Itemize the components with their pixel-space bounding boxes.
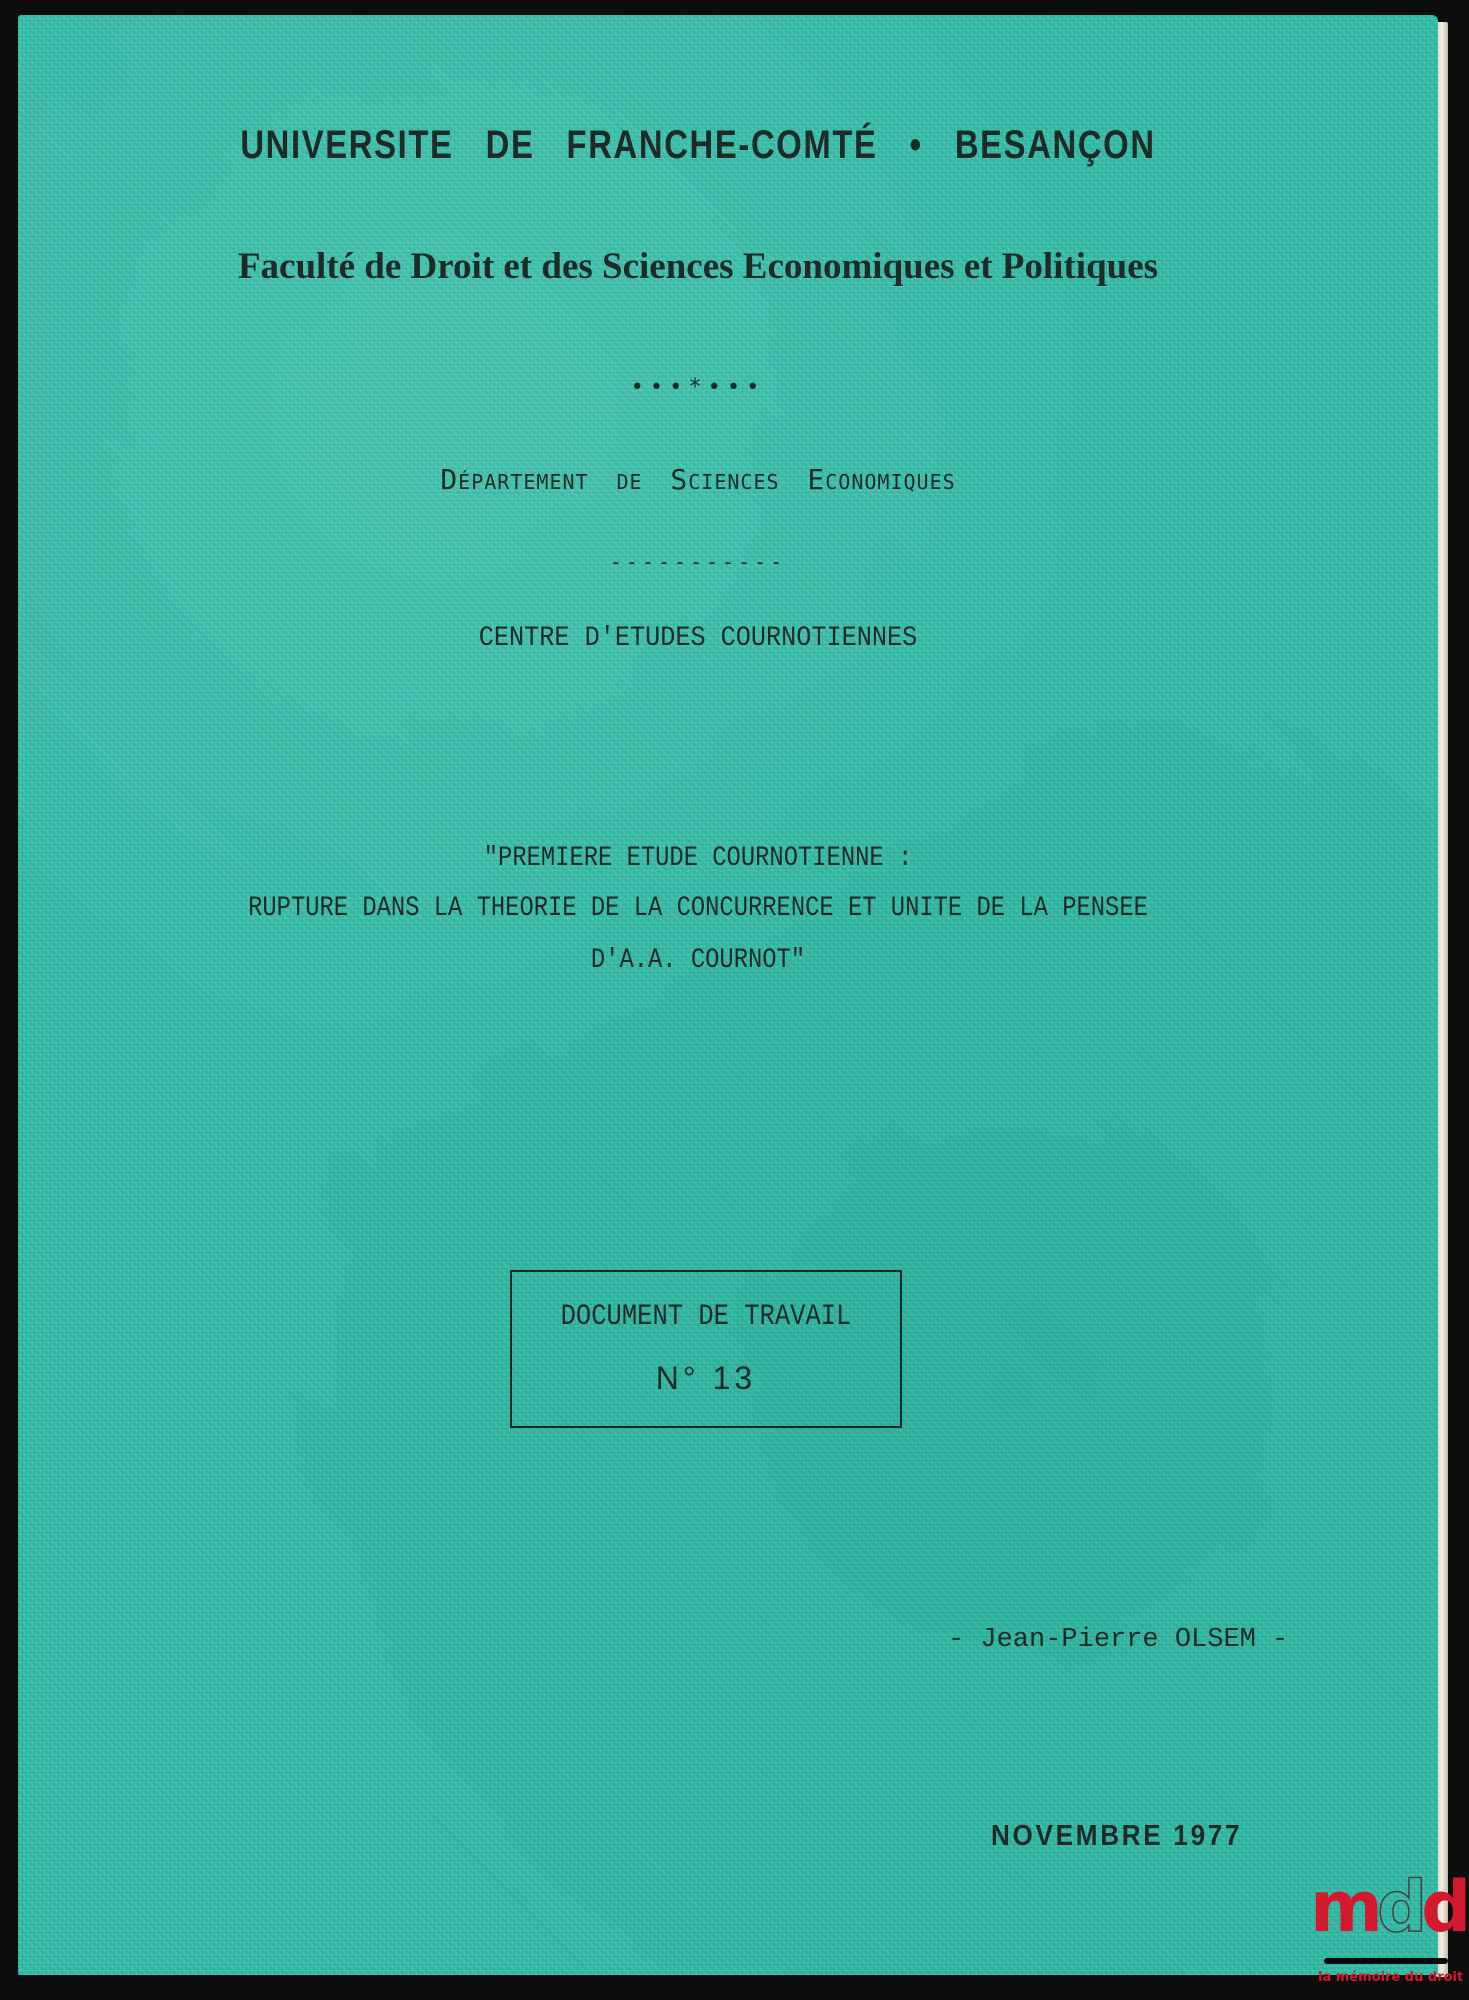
department-heading: Département de Sciences Economiques [0,463,1408,496]
publication-date: NOVEMBRE 1977 [991,1820,1242,1853]
title-line-1: "PREMIERE ETUDE COURNOTIENNE : [95,843,1302,874]
title-line-3: D'A.A. COURNOT" [95,945,1302,976]
logo-underline [1324,1958,1448,1964]
centre-heading: CENTRE D'ETUDES COURNOTIENNES [59,623,1337,654]
document-number-box: DOCUMENT DE TRAVAIL N° 13 [510,1270,902,1428]
title-line-2: RUPTURE DANS LA THEORIE DE LA CONCURRENC… [95,893,1302,924]
separator-dashes: ----------- [0,550,1408,574]
author-name: - Jean-Pierre OLSEM - [948,1625,1288,1655]
separator-dots: •••*••• [0,375,1408,400]
university-heading: UNIVERSITE DE FRANCHE-COMTÉ • BESANÇON [116,123,1280,168]
logo-tagline: la mémoire du droit [1318,1970,1463,1985]
mdd-watermark-logo: mdd la mémoire du droit [1310,1888,1469,2000]
faculty-heading: Faculté de Droit et des Sciences Economi… [0,245,1408,288]
mdd-logo-icon: mdd [1310,1866,1465,1948]
document-number: N° 13 [512,1360,900,1397]
document-type-label: DOCUMENT DE TRAVAIL [541,1300,871,1334]
book-cover: UNIVERSITE DE FRANCHE-COMTÉ • BESANÇON F… [18,15,1438,1975]
